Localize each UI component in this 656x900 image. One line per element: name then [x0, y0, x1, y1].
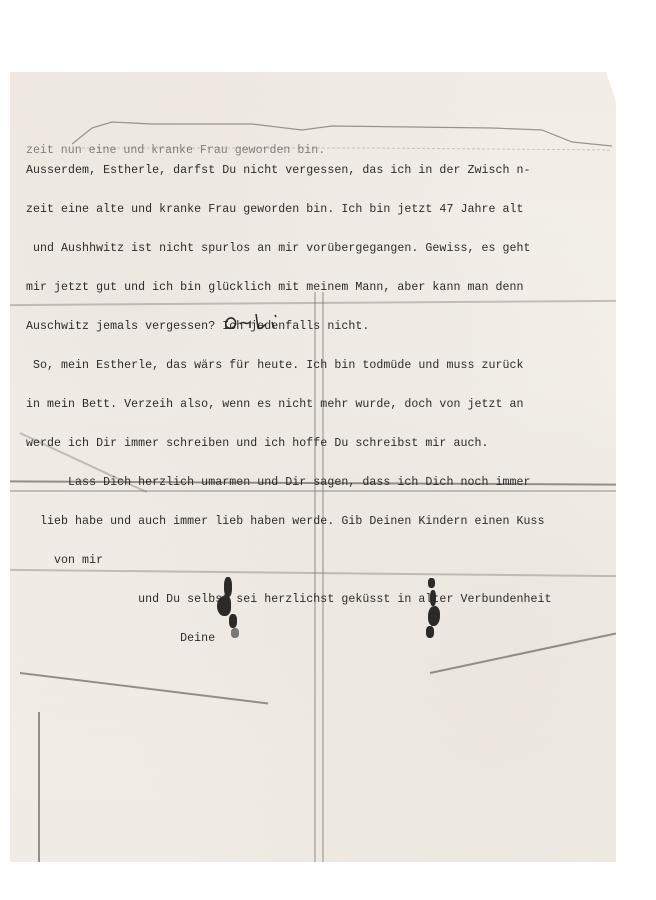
ink-stain — [428, 578, 435, 588]
ink-stain — [217, 596, 231, 616]
ink-stain — [430, 590, 436, 606]
letter-line: in mein Bett. Verzeih also, wenn es nich… — [26, 398, 626, 411]
ink-stain — [428, 606, 440, 626]
letter-line: Auschwitz jemals vergessen? Ich jedenfal… — [26, 320, 626, 333]
letter-line: mir jetzt gut und ich bin glücklich mit … — [26, 281, 626, 294]
letter-line: Deine — [26, 632, 626, 645]
ink-stain — [231, 628, 239, 638]
ink-stain — [229, 614, 237, 628]
letter-line: Lass Dich herzlich umarmen und Dir sagen… — [26, 476, 626, 489]
letter-body: Ausserdem, Estherle, darfst Du nicht ver… — [26, 138, 626, 658]
letter-line: von mir — [26, 554, 626, 567]
letter-line: So, mein Estherle, das wärs für heute. I… — [26, 359, 626, 372]
ink-stain — [224, 577, 232, 597]
handwritten-signature: Orli — [222, 308, 292, 336]
letter-line: Ausserdem, Estherle, darfst Du nicht ver… — [26, 164, 626, 177]
fold-line — [20, 672, 268, 704]
letter-line: zeit eine alte und kranke Frau geworden … — [26, 203, 626, 216]
letter-line: und Du selbst sei herzlichst geküsst in … — [26, 593, 626, 606]
letter-line: und Aushhwitz ist nicht spurlos an mir v… — [26, 242, 626, 255]
letter-line: lieb habe und auch immer lieb haben werd… — [26, 515, 626, 528]
fold-line — [38, 712, 40, 862]
ink-stain — [426, 626, 434, 638]
letter-line: werde ich Dir immer schreiben und ich ho… — [26, 437, 626, 450]
